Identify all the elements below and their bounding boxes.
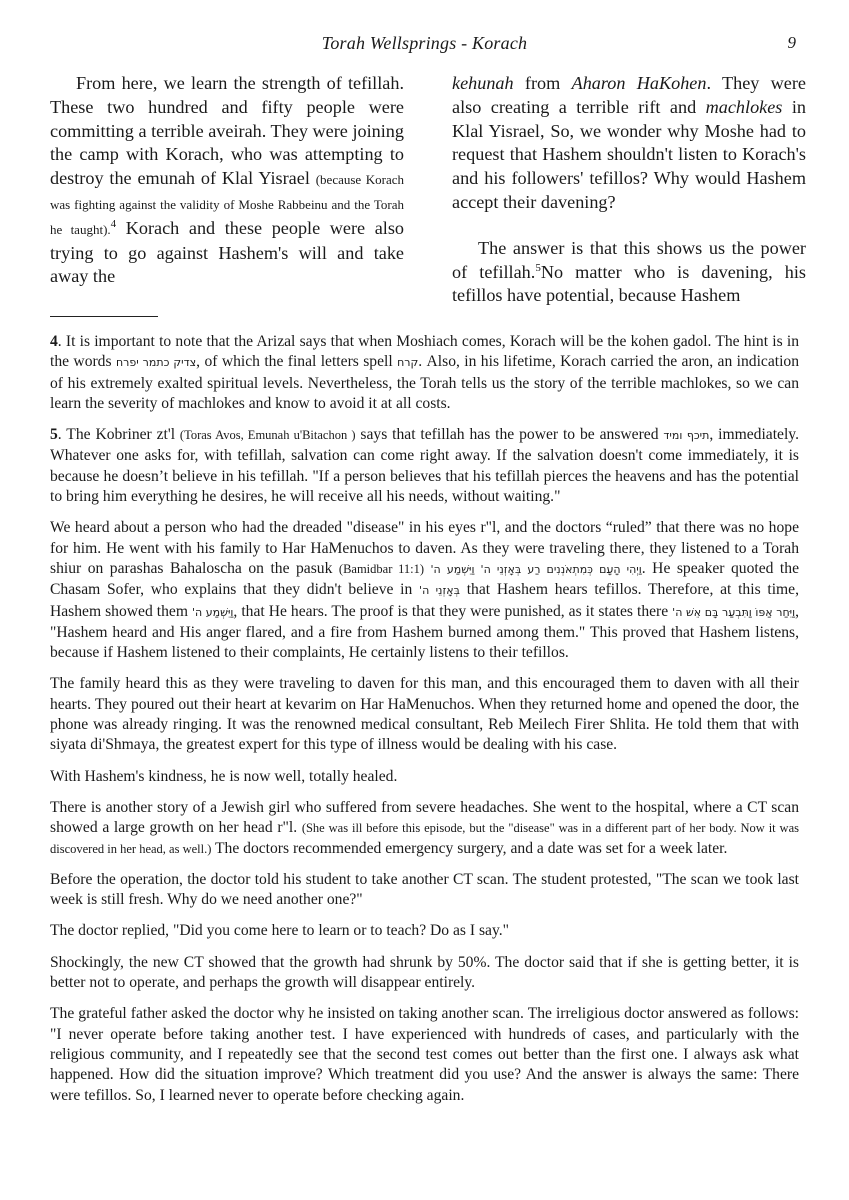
- running-title: Torah Wellsprings - Korach: [0, 33, 849, 54]
- footnote-divider: [50, 316, 158, 317]
- paragraph: The answer is that this shows us the pow…: [452, 237, 806, 308]
- main-text-columns: From here, we learn the strength of tefi…: [50, 72, 806, 308]
- story-paragraph: With Hashem's kindness, he is now well, …: [50, 767, 799, 787]
- paragraph: kehunah from Aharon HaKohen. They were a…: [452, 72, 806, 215]
- hebrew-text: קרח: [397, 356, 418, 369]
- page-number: 9: [788, 33, 797, 53]
- footnote-4: 4. It is important to note that the Ariz…: [50, 332, 799, 414]
- story-paragraph: The grateful father asked the doctor why…: [50, 1004, 799, 1105]
- right-column: kehunah from Aharon HaKohen. They were a…: [452, 72, 806, 308]
- story-paragraph: There is another story of a Jewish girl …: [50, 798, 799, 859]
- hebrew-text: תיכף ומיד: [663, 429, 709, 442]
- story-paragraph: The family heard this as they were trave…: [50, 674, 799, 755]
- footnote-5: 5. The Kobriner zt'l (Toras Avos, Emunah…: [50, 425, 799, 507]
- hebrew-text: וַיְהִי הָעָם כְּמִתְאֹנְנִים רַע בְּאָז…: [431, 563, 642, 576]
- story-paragraph: Before the operation, the doctor told hi…: [50, 870, 799, 911]
- paragraph: From here, we learn the strength of tefi…: [50, 72, 404, 289]
- hebrew-text: צדיק כתמר יפרח: [116, 356, 196, 369]
- footnotes-section: 4. It is important to note that the Ariz…: [50, 332, 799, 1117]
- story-paragraph: The doctor replied, "Did you come here t…: [50, 921, 799, 941]
- story-paragraph: We heard about a person who had the drea…: [50, 518, 799, 663]
- hebrew-text: בְּאָזְנֵי ה': [419, 584, 460, 597]
- hebrew-text: וַיִּחַר אַפּוֹ וַתִּבְעַר בָּם אֵשׁ ה': [672, 606, 795, 619]
- left-column: From here, we learn the strength of tefi…: [50, 72, 404, 308]
- story-paragraph: Shockingly, the new CT showed that the g…: [50, 953, 799, 994]
- page-header: Torah Wellsprings - Korach 9: [0, 33, 849, 57]
- hebrew-text: וַיִּשְׁמַע ה': [192, 606, 233, 619]
